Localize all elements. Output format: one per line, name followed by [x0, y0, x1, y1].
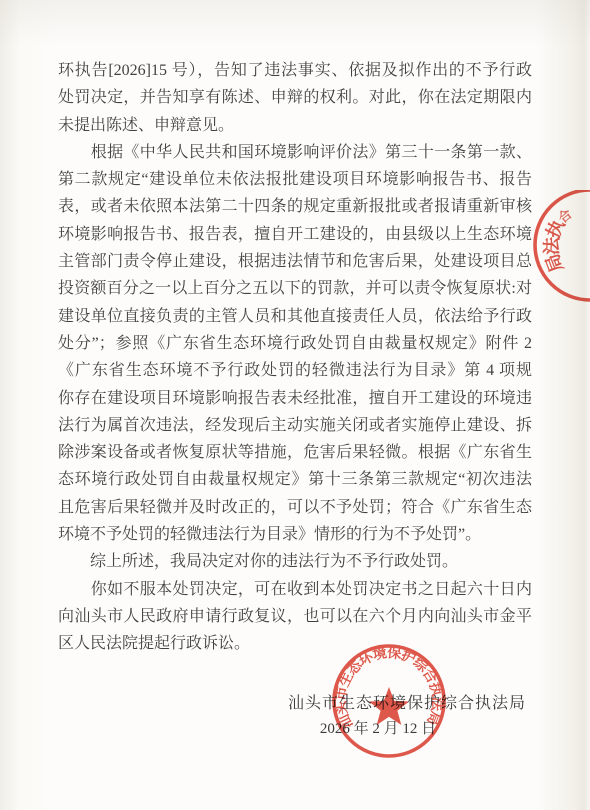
text-line: 综上所述，我局决定对你的违法行为不予行政处罚。 [58, 548, 532, 575]
edge-seal-ring [535, 190, 590, 300]
text-line: 环境不予处罚的轻微违法行为目录》情形的行为不予处罚”。 [58, 521, 532, 548]
edge-seal-char: 局 [542, 251, 567, 275]
text-line: 主管部门责令停止建设，根据违法情节和危害后果，处建设项目总 [58, 248, 532, 275]
text-line: 《广东省生态环境不予行政处罚的轻微违法行为目录》第 4 项规定， [58, 357, 532, 384]
text-line: 建设单位直接负责的主管人员和其他直接责任人员，依法给予行政 [58, 303, 532, 330]
edge-seal: 合 执 法 局 [523, 190, 590, 302]
text-line: 处分”；参照《广东省生态环境行政处罚自由裁量权规定》附件 2 [58, 330, 532, 357]
text-line: 向汕头市人民政府申请行政复议，也可以在六个月内向汕头市金平 [58, 603, 532, 630]
text-line: 投资额百分之一以上百分之五以下的罚款，并可以责令恢复原状:对 [58, 275, 532, 302]
text-line: 根据《中华人民共和国环境影响评价法》第三十一条第一款、 [58, 139, 532, 166]
text-line: 且危害后果轻微并及时改正的，可以不予处罚；符合《广东省生态 [58, 494, 532, 521]
edge-seal-char: 法 [541, 236, 563, 256]
text-line: 表，或者未依照本法第二十四条的规定重新报批或者报请重新审核 [58, 193, 532, 220]
scanned-document-page: 环执告[2026]15 号），告知了违法事实、依据及拟作出的不予行政 处罚决定，… [0, 0, 590, 810]
issue-date: 2026 年 2 月 12 日 [297, 717, 459, 738]
text-line: 未提出陈述、申辩意见。 [58, 112, 532, 139]
text-line: 态环境行政处罚自由裁量权规定》第十三条第三款规定“初次违法 [58, 466, 532, 493]
text-line: 你存在建设项目环境影响报告表未经批准，擅自开工建设的环境违 [58, 385, 532, 412]
text-line: 环执告[2026]15 号），告知了违法事实、依据及拟作出的不予行政 [58, 57, 532, 84]
document-body: 环执告[2026]15 号），告知了违法事实、依据及拟作出的不予行政 处罚决定，… [58, 57, 532, 658]
edge-seal-char: 合 [555, 206, 575, 226]
text-line: 除涉案设备或者恢复原状等措施，危害后果轻微。根据《广东省生 [58, 439, 532, 466]
issuing-agency-signature: 汕头市生态环境保护综合执法局 [288, 690, 514, 713]
text-line: 你如不服本处罚决定，可在收到本处罚决定书之日起六十日内 [58, 576, 532, 603]
edge-seal-char: 执 [542, 216, 569, 241]
text-line: 第二款规定“建设单位未依法报批建设项目环境影响报告书、报告 [58, 166, 532, 193]
text-line: 法行为属首次违法，经发现后主动实施关闭或者实施停止建设、拆 [58, 412, 532, 439]
text-line: 处罚决定，并告知享有陈述、申辩的权利。对此，你在法定期限内 [58, 84, 532, 111]
text-line: 区人民法院提起行政诉讼。 [58, 630, 532, 657]
text-line: 环境影响报告书、报告表，擅自开工建设的，由县级以上生态环境 [58, 221, 532, 248]
